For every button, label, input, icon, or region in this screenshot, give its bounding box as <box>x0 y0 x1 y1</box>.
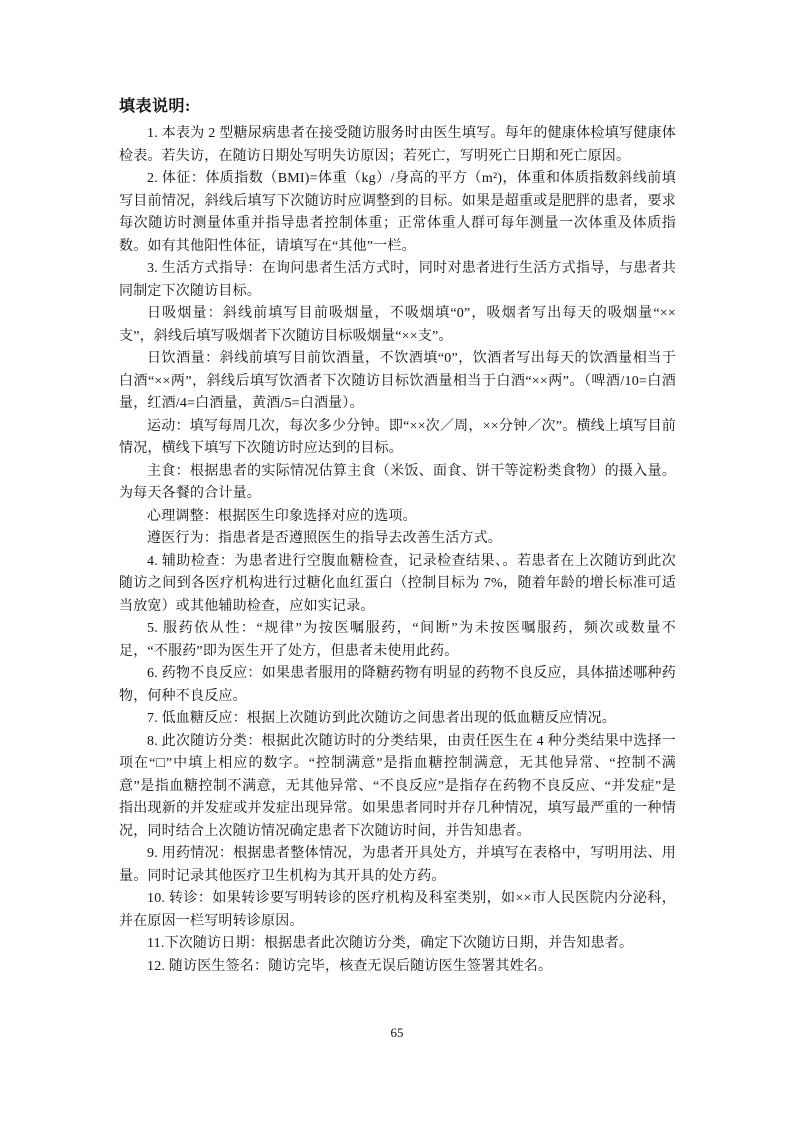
para-8-visit-classification: 8. 此次随访分类：根据此次随访时的分类结果，由责任医生在 4 种分类结果中选择… <box>119 731 676 844</box>
para-3-lifestyle-guidance: 3. 生活方式指导：在询问患者生活方式时，同时对患者进行生活方式指导，与患者共同… <box>119 258 676 303</box>
para-daily-drinking: 日饮酒量：斜线前填写目前饮酒量，不饮酒填“0”，饮酒者写出每天的饮酒量相当于白酒… <box>119 348 676 416</box>
para-9-medication-status: 9. 用药情况：根据患者整体情况，为患者开具处方，并填写在表格中，写明用法、用量… <box>119 843 676 888</box>
para-daily-smoking: 日吸烟量：斜线前填写目前吸烟量，不吸烟填“0”，吸烟者写出每天的吸烟量“××支”… <box>119 303 676 348</box>
para-exercise: 运动：填写每周几次，每次多少分钟。即“××次／周，××分钟／次”。横线上填写目前… <box>119 416 676 461</box>
para-psychological-adjustment: 心理调整：根据医生印象选择对应的选项。 <box>119 506 676 529</box>
para-12-doctor-signature: 12. 随访医生签名：随访完毕，核查无误后随访医生签署其姓名。 <box>119 956 676 979</box>
section-title: 填表说明: <box>119 95 676 119</box>
para-compliance-behavior: 遵医行为：指患者是否遵照医生的指导去改善生活方式。 <box>119 528 676 551</box>
para-1-form-purpose: 1. 本表为 2 型糖尿病患者在接受随访服务时由医生填写。每年的健康体检填写健康… <box>119 123 676 168</box>
page-number: 65 <box>0 1024 794 1042</box>
document-page: 填表说明: 1. 本表为 2 型糖尿病患者在接受随访服务时由医生填写。每年的健康… <box>0 0 794 1122</box>
para-7-hypoglycemia-reaction: 7. 低血糖反应：根据上次随访到此次随访之间患者出现的低血糖反应情况。 <box>119 708 676 731</box>
para-6-adverse-drug-reaction: 6. 药物不良反应：如果患者服用的降糖药物有明显的药物不良反应，具体描述哪种药物… <box>119 663 676 708</box>
para-10-referral: 10. 转诊：如果转诊要写明转诊的医疗机构及科室类别，如××市人民医院内分泌科，… <box>119 888 676 933</box>
para-5-medication-adherence: 5. 服药依从性：“规律”为按医嘱服药，“间断”为未按医嘱服药，频次或数量不足，… <box>119 618 676 663</box>
para-4-auxiliary-exam: 4. 辅助检查：为患者进行空腹血糖检查，记录检查结果、。若患者在上次随访到此次随… <box>119 551 676 619</box>
instructions-section: 填表说明: 1. 本表为 2 型糖尿病患者在接受随访服务时由医生填写。每年的健康… <box>119 95 676 978</box>
para-11-next-visit-date: 11.下次随访日期：根据患者此次随访分类，确定下次随访日期，并告知患者。 <box>119 933 676 956</box>
para-staple-food: 主食：根据患者的实际情况估算主食（米饭、面食、饼干等淀粉类食物）的摄入量。为每天… <box>119 461 676 506</box>
para-2-physical-signs: 2. 体征：体质指数（BMI)=体重（kg）/身高的平方（m²)，体重和体质指数… <box>119 168 676 258</box>
